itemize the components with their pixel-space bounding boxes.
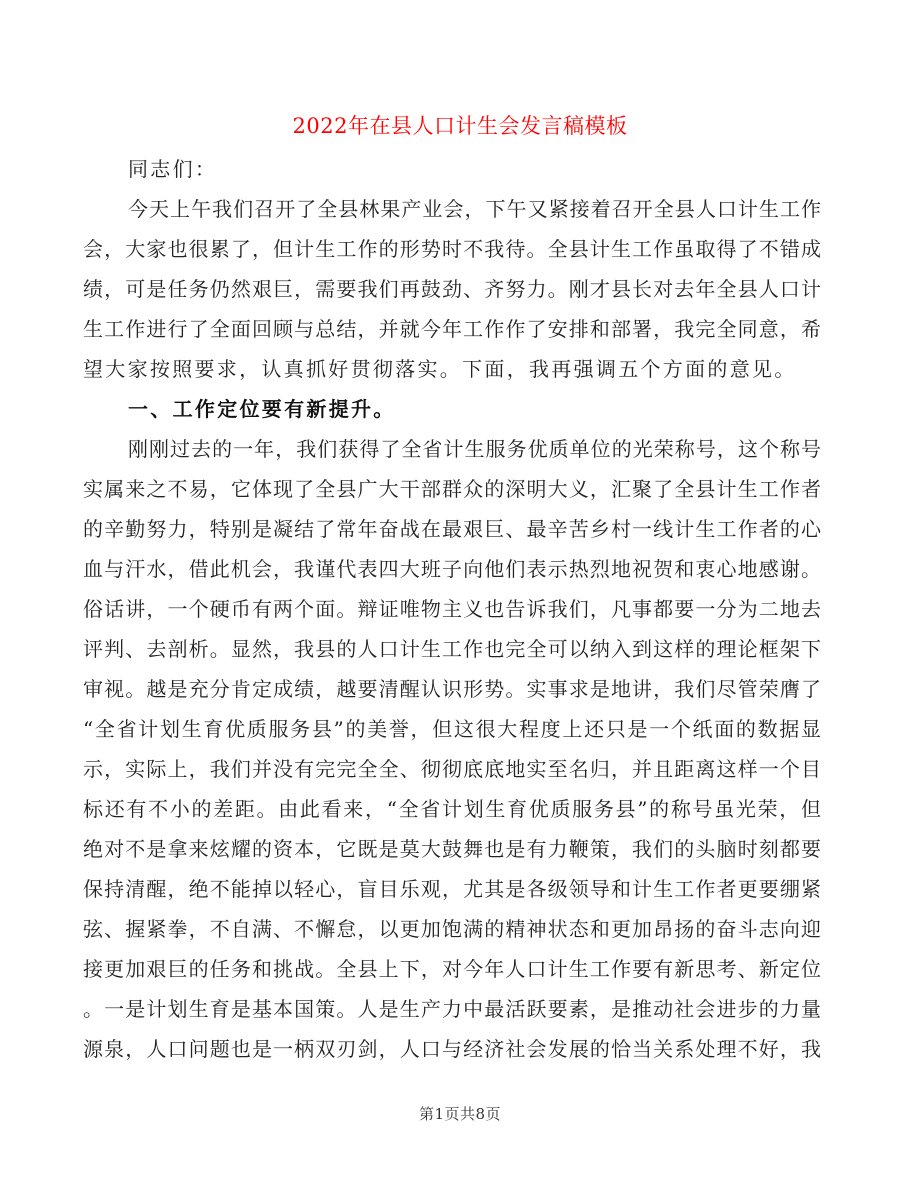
paragraph-line: 弦、握紧拳，不自满、不懈怠，以更加饱满的精神状态和更加昂扬的奋斗志向迎 xyxy=(83,909,821,949)
paragraph-line: 标还有不小的差距。由此看来，“全省计划生育优质服务县”的称号虽光荣，但 xyxy=(83,789,821,829)
paragraph-line: 保持清醒，绝不能掉以轻心，盲目乐观，尤其是各级领导和计生工作者更要绷紧 xyxy=(83,869,821,909)
paragraph-line: 源泉，人口问题也是一柄双刃剑，人口与经济社会发展的恰当关系处理不好，我 xyxy=(83,1029,821,1069)
document-body: 同志们： 今天上午我们召开了全县林果产业会，下午又紧接着召开全县人口计生工作 会… xyxy=(83,149,821,1069)
paragraph-line: 。一是计划生育是基本国策。人是生产力中最活跃要素，是推动社会进步的力量 xyxy=(83,989,821,1029)
section-heading: 一、工作定位要有新提升。 xyxy=(83,389,821,429)
paragraph-line: 今天上午我们召开了全县林果产业会，下午又紧接着召开全县人口计生工作 xyxy=(83,189,821,229)
paragraph-line: 生工作进行了全面回顾与总结，并就今年工作作了安排和部署，我完全同意，希 xyxy=(83,309,821,349)
paragraph-line: 望大家按照要求，认真抓好贯彻落实。下面，我再强调五个方面的意见。 xyxy=(83,349,821,389)
paragraph-line: 审视。越是充分肯定成绩，越要清醒认识形势。实事求是地讲，我们尽管荣膺了 xyxy=(83,669,821,709)
salutation: 同志们： xyxy=(83,149,821,189)
paragraph-line: 接更加艰巨的任务和挑战。全县上下，对今年人口计生工作要有新思考、新定位 xyxy=(83,949,821,989)
paragraph-line: 俗话讲，一个硬币有两个面。辩证唯物主义也告诉我们，凡事都要一分为二地去 xyxy=(83,589,821,629)
document-page: 2022年在县人口计生会发言稿模板 同志们： 今天上午我们召开了全县林果产业会，… xyxy=(0,0,920,1191)
paragraph-line: 会，大家也很累了，但计生工作的形势时不我待。全县计生工作虽取得了不错成 xyxy=(83,229,821,269)
paragraph-line: 血与汗水，借此机会，我谨代表四大班子向他们表示热烈地祝贺和衷心地感谢。 xyxy=(83,549,821,589)
paragraph-line: 实属来之不易，它体现了全县广大干部群众的深明大义，汇聚了全县计生工作者 xyxy=(83,469,821,509)
paragraph-line: 绝对不是拿来炫耀的资本，它既是莫大鼓舞也是有力鞭策，我们的头脑时刻都要 xyxy=(83,829,821,869)
page-indicator: 第1页共8页 xyxy=(0,1103,920,1124)
paragraph-line: 评判、去剖析。显然，我县的人口计生工作也完全可以纳入到这样的理论框架下 xyxy=(83,629,821,669)
paragraph-line: 示，实际上，我们并没有完完全全、彻彻底底地实至名归，并且距离这样一个目 xyxy=(83,749,821,789)
paragraph-line: 刚刚过去的一年，我们获得了全省计生服务优质单位的光荣称号，这个称号 xyxy=(83,429,821,469)
paragraph-line: “全省计划生育优质服务县”的美誉，但这很大程度上还只是一个纸面的数据显 xyxy=(83,709,821,749)
paragraph-line: 的辛勤努力，特别是凝结了常年奋战在最艰巨、最辛苦乡村一线计生工作者的心 xyxy=(83,509,821,549)
paragraph-line: 绩，可是任务仍然艰巨，需要我们再鼓劲、齐努力。刚才县长对去年全县人口计 xyxy=(83,269,821,309)
document-title: 2022年在县人口计生会发言稿模板 xyxy=(0,111,920,141)
